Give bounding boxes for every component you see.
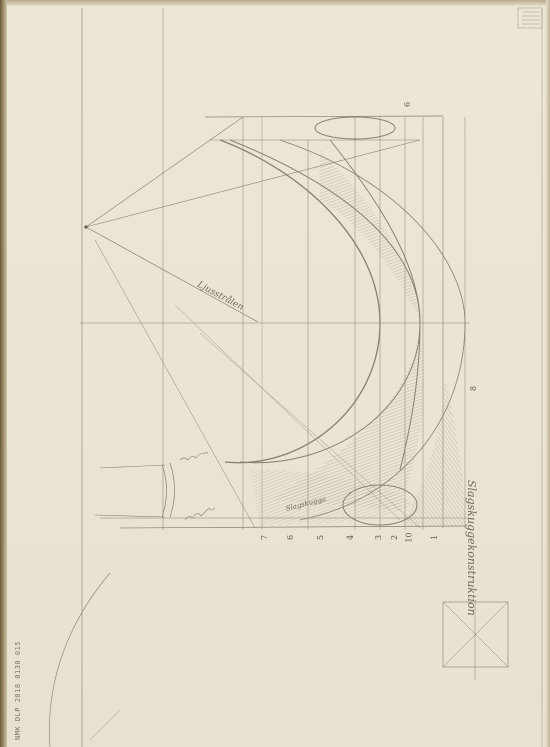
top-number: 6: [403, 102, 412, 107]
baseline-number: 6: [286, 535, 295, 540]
baseline-number: 7: [260, 535, 269, 540]
baseline-number: 3: [374, 535, 383, 540]
baseline-number: 2: [390, 535, 399, 540]
paper-sheet: Ljusstrålen Slagskugga Slagskuggekonstru…: [0, 0, 550, 747]
baseline-number: 10: [405, 532, 414, 542]
pencil-drawing: [0, 0, 550, 747]
baseline-number: 1: [430, 535, 439, 540]
baseline-number: 5: [316, 535, 325, 540]
side-number: 8: [469, 386, 478, 391]
baseline-number: 4: [346, 535, 355, 540]
archive-inscription: NMK DLP 2018 0130 015: [14, 641, 22, 740]
handwritten-caption: Slagskuggekonstruktion: [465, 480, 478, 616]
